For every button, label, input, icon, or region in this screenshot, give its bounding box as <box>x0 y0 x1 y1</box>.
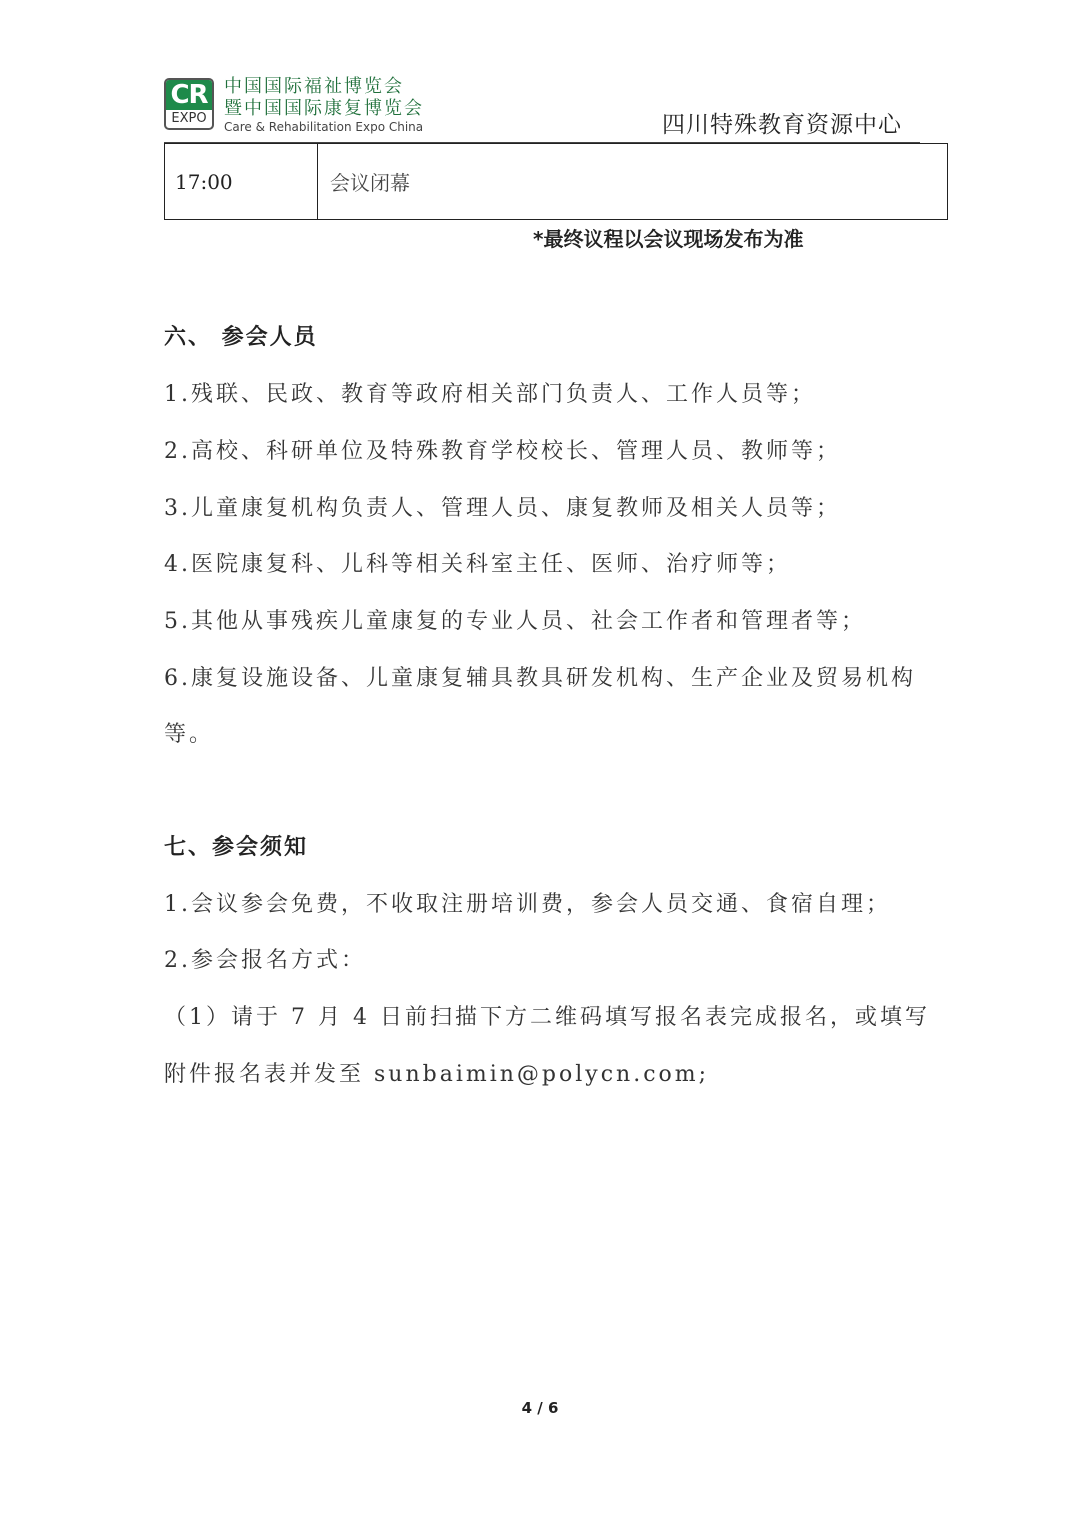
notice-item-continued: 附件报名表并发至 sunbaimin@polycn.com; <box>164 1057 709 1088</box>
attendee-item: 4.医院康复科、儿科等相关科室主任、医师、治疗师等； <box>164 547 791 578</box>
logo-text: 中国国际福祉博览会 暨中国国际康复博览会 Care & Rehabilitati… <box>224 76 424 134</box>
logo-badge-cr: CR <box>166 80 212 110</box>
agenda-table-row: 17:00 会议闭幕 <box>164 143 948 220</box>
agenda-item-cell: 会议闭幕 <box>318 144 947 219</box>
notice-item: 2.参会报名方式： <box>164 943 366 974</box>
agenda-time-cell: 17:00 <box>165 144 318 219</box>
attendee-item: 1.残联、民政、教育等政府相关部门负责人、工作人员等； <box>164 377 816 408</box>
logo-title-cn-1: 中国国际福祉博览会 <box>224 76 424 98</box>
notice-item: （1）请于 7 月 4 日前扫描下方二维码填写报名表完成报名，或填写 <box>164 1000 930 1031</box>
section-title-attendees: 六、 参会人员 <box>164 320 318 351</box>
attendee-item: 6.康复设施设备、儿童康复辅具教具研发机构、生产企业及贸易机构 <box>164 661 916 692</box>
logo-title-en: Care & Rehabilitation Expo China <box>224 120 424 134</box>
notice-item: 1.会议参会免费，不收取注册培训费，参会人员交通、食宿自理； <box>164 887 891 918</box>
header-organization: 四川特殊教育资源中心 <box>662 106 902 139</box>
logo-badge-expo: EXPO <box>166 110 212 128</box>
logo-title-cn-2: 暨中国国际康复博览会 <box>224 98 424 120</box>
attendee-item: 3.儿童康复机构负责人、管理人员、康复教师及相关人员等； <box>164 491 841 522</box>
attendee-item-continued: 等。 <box>164 717 214 748</box>
section-title-notice: 七、参会须知 <box>164 830 308 861</box>
agenda-note: *最终议程以会议现场发布为准 <box>533 223 803 252</box>
attendee-item: 2.高校、科研单位及特殊教育学校校长、管理人员、教师等； <box>164 434 841 465</box>
attendee-item: 5.其他从事残疾儿童康复的专业人员、社会工作者和管理者等； <box>164 604 866 635</box>
cr-expo-logo: CR EXPO <box>164 78 214 130</box>
page-number: 4 / 6 <box>0 1399 1080 1417</box>
